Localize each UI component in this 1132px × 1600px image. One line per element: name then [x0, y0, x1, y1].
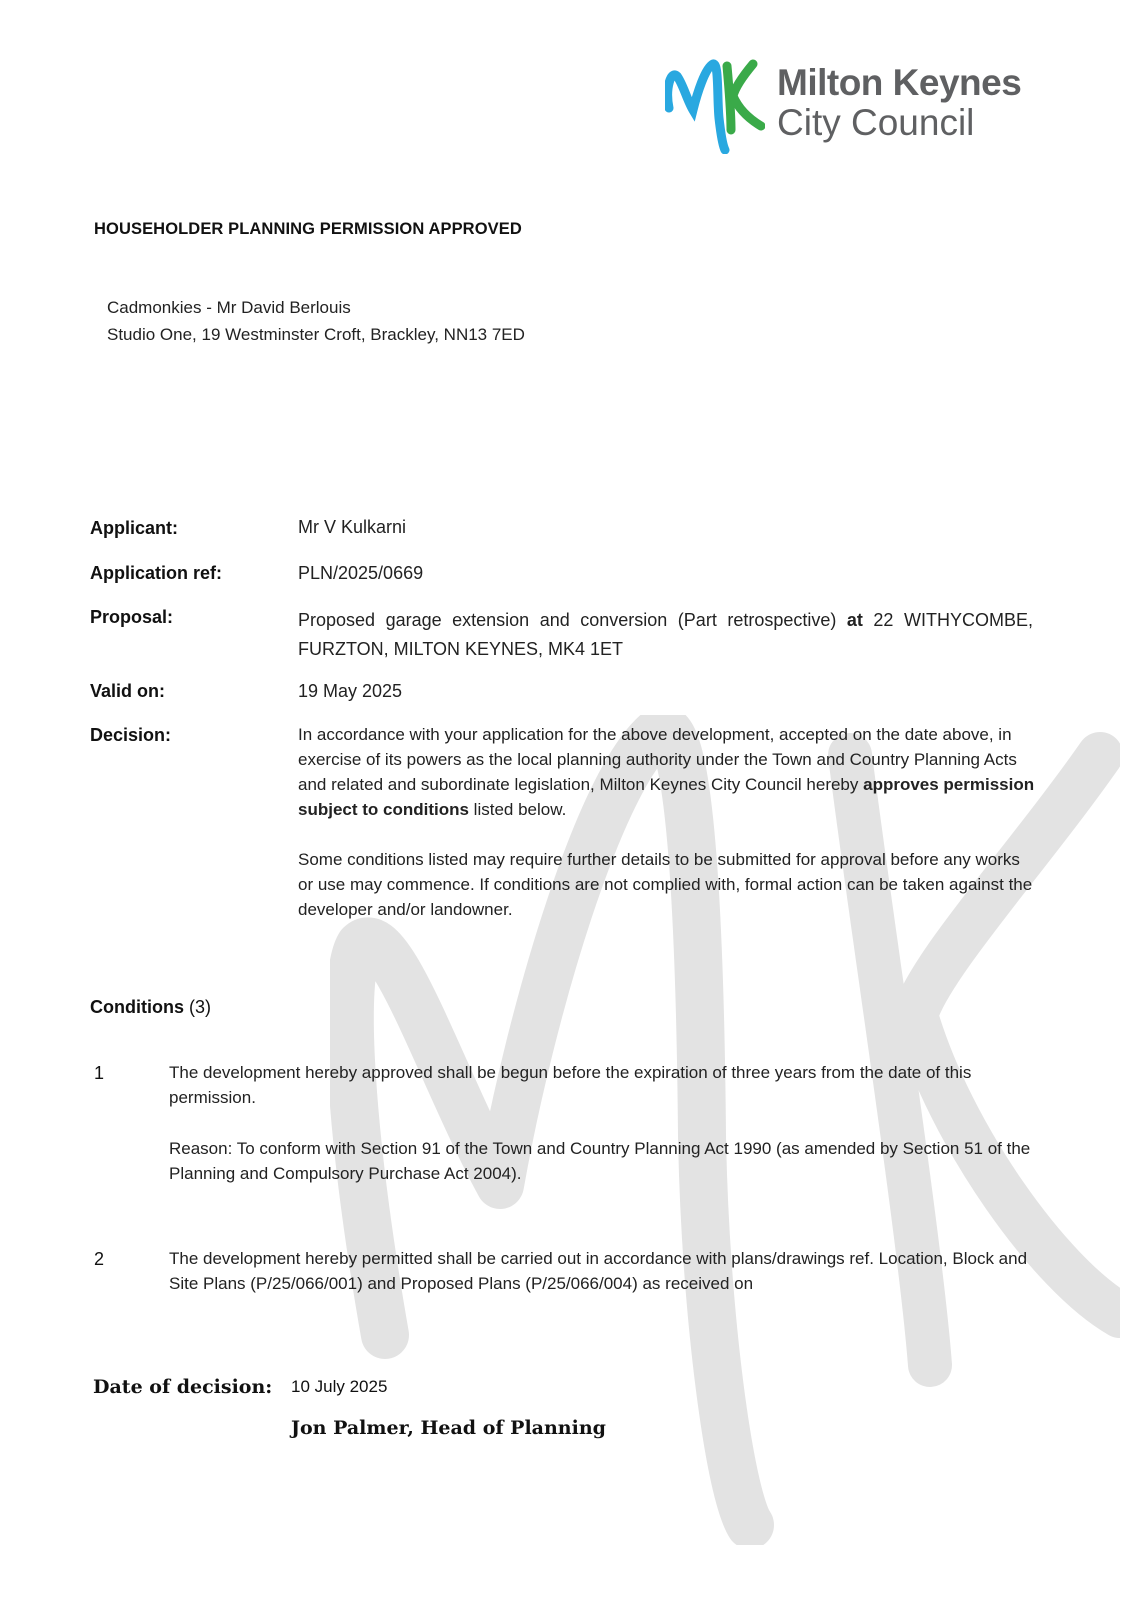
conditions-heading: Conditions (3): [90, 997, 211, 1018]
condition-reason: Reason: To conform with Section 91 of th…: [169, 1136, 1039, 1186]
application-ref-value: PLN/2025/0669: [298, 563, 423, 584]
decision-text: In accordance with your application for …: [298, 722, 1038, 947]
valid-on-value: 19 May 2025: [298, 681, 402, 702]
council-name-line-1: Milton Keynes: [777, 62, 1021, 104]
council-logo: Milton Keynes City Council: [665, 58, 1065, 158]
condition-text: The development hereby permitted shall b…: [169, 1246, 1039, 1296]
decision-paragraph-2: Some conditions listed may require furth…: [298, 847, 1038, 922]
council-name-line-2: City Council: [777, 102, 974, 144]
document-title: HOUSEHOLDER PLANNING PERMISSION APPROVED: [94, 220, 522, 239]
condition-number: 2: [94, 1249, 104, 1270]
signatory: Jon Palmer, Head of Planning: [291, 1417, 606, 1439]
date-of-decision-value: 10 July 2025: [291, 1377, 387, 1397]
recipient-address: Studio One, 19 Westminster Croft, Brackl…: [107, 325, 525, 345]
conditions-count: (3): [189, 997, 211, 1017]
valid-on-label: Valid on:: [90, 681, 165, 702]
date-of-decision-label: Date of decision:: [93, 1376, 272, 1398]
mk-logo-icon: [665, 58, 765, 154]
condition-text: The development hereby approved shall be…: [169, 1060, 1039, 1110]
application-ref-label: Application ref:: [90, 563, 222, 584]
proposal-label: Proposal:: [90, 607, 173, 628]
proposal-at: at: [847, 610, 863, 630]
condition-number: 1: [94, 1063, 104, 1084]
proposal-text: Proposed garage extension and conversion…: [298, 610, 836, 630]
decision-notice-page: Milton Keynes City Council HOUSEHOLDER P…: [0, 0, 1132, 1600]
applicant-label: Applicant:: [90, 518, 178, 539]
recipient-name: Cadmonkies - Mr David Berlouis: [107, 298, 351, 318]
applicant-value: Mr V Kulkarni: [298, 517, 406, 538]
proposal-value: Proposed garage extension and conversion…: [298, 606, 1033, 664]
decision-label: Decision:: [90, 725, 171, 746]
decision-paragraph-1: In accordance with your application for …: [298, 722, 1038, 822]
